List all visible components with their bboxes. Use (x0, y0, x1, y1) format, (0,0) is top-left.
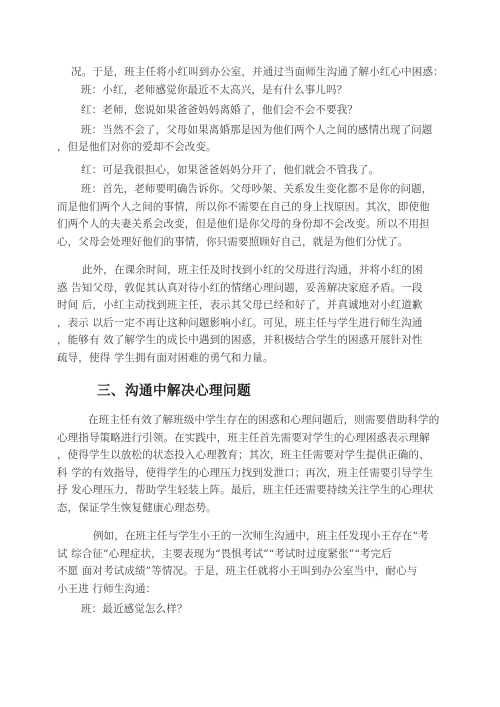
text-line: 心理指导策略进行引领。在实践中，班主任首先需要对学生的心理困惑表示理解 (57, 430, 435, 448)
text-line: ，表示 以后一定不再让这种问题影响小红。可见，班主任与学生进行师生沟通 (57, 315, 435, 333)
text-line: 此外，在课余时间，班主任及时找到小红的父母进行沟通，并将小红的困 (57, 262, 435, 280)
text-line: 班：小红，老师感觉你最近不太高兴，是有什么事儿吗？ (57, 82, 435, 100)
paragraph-continuation: 况。于是，班主任将小红叫到办公室，并通过当面师生沟通了解小红心中困惑： (57, 64, 435, 82)
text-line: ，能够有 效了解学生的成长中遇到的困惑，并积极结合学生的困惑开展针对性 (57, 332, 435, 350)
text-line: 红：可是我很担心，如果爸爸妈妈分开了，他们就会不管我了。 (57, 162, 435, 180)
paragraph-summary: 此外，在课余时间，班主任及时找到小红的父母进行沟通，并将小红的困惑 告知父母，敦… (57, 262, 435, 367)
text-line: 况。于是，班主任将小红叫到办公室，并通过当面师生沟通了解小红心中困惑： (57, 64, 435, 82)
heading-text: 三、沟通中解决心理问题 (57, 384, 435, 399)
text-line: 班：首先，老师要明确告诉你。父母吵架、关系发生变化都不是你的问题， (57, 181, 435, 199)
text-line: 时间 后，小红主动找到班主任，表示其父母已经和好了，并真诚地对小红道歉 (57, 297, 435, 315)
text-line: 红：老师，您说如果爸爸妈妈离婚了，他们会不会不要我？ (57, 102, 435, 120)
text-line: 惑 告知父母，敦促其认真对待小红的情绪心理问题，妥善解决家庭矛盾。一段 (57, 280, 435, 298)
text-line: 班：最近感觉怎么样？ (57, 601, 435, 619)
text-line: ，使得学生以放松的状态投入心理教育；其次，班主任需要对学生提供正确的、 (57, 447, 435, 465)
text-line: 科 学的有效指导，使得学生的心理压力找到发泄口；再次，班主任需要引导学生 (57, 465, 435, 483)
dialogue-line-student: 红：可是我很担心，如果爸爸妈妈分开了，他们就会不管我了。 (57, 162, 435, 180)
text-line: 心，父母会处理好他们的事情，你只需要照顾好自己，就是为他们分忧了。 (57, 234, 435, 252)
text-line: 态，保证学生恢复健康心理态势。 (57, 500, 435, 518)
text-line: 在班主任有效了解班级中学生存在的困惑和心理问题后，则需要借助科学的 (57, 412, 435, 430)
dialogue-line-teacher: 班：首先，老师要明确告诉你。父母吵架、关系发生变化都不是你的问题，而是他们两个人… (57, 181, 435, 251)
document-content: 况。于是，班主任将小红叫到办公室，并通过当面师生沟通了解小红心中困惑：班：小红，… (57, 64, 435, 619)
text-line: 例如，在班主任与学生小王的一次师生沟通中，班主任发现小王存在“考 (57, 528, 435, 546)
text-line: 试 综合征”心理症状，主要表现为“畏惧考试”“考试时过度紧张”“考完后 (57, 546, 435, 564)
text-line: 不愿 面对考试成绩”等情况。于是，班主任就将小王叫到办公室当中，耐心与 (57, 563, 435, 581)
text-line: 们两个人的夫妻关系会改变，但是他们是你父母的身份却不会改变。所以不用担 (57, 216, 435, 234)
text-line: 而是他们两个人之间的事情，所以你不需要在自己的身上找原因。其次，即使他 (57, 199, 435, 217)
section-heading: 三、沟通中解决心理问题 (57, 384, 435, 399)
dialogue-line-teacher: 班：当然不会了，父母如果离婚那是因为他们两个人之间的感情出现了问题，但是他们对你… (57, 122, 435, 157)
text-line: 班：当然不会了，父母如果离婚那是因为他们两个人之间的感情出现了问题 (57, 122, 435, 140)
dialogue-line-teacher: 班：最近感觉怎么样？ (57, 601, 435, 619)
text-line: 疏导，使得 学生拥有面对困难的勇气和力量。 (57, 350, 435, 368)
text-line: ，但是他们对你的爱却不会改变。 (57, 139, 435, 157)
dialogue-line-student: 红：老师，您说如果爸爸妈妈离婚了，他们会不会不要我？ (57, 102, 435, 120)
paragraph-section-intro: 在班主任有效了解班级中学生存在的困惑和心理问题后，则需要借助科学的心理指导策略进… (57, 412, 435, 517)
text-line: 抒 发心理压力，帮助学生轻装上阵。最后，班主任还需要持续关注学生的心理状 (57, 482, 435, 500)
dialogue-line-teacher: 班：小红，老师感觉你最近不太高兴，是有什么事儿吗？ (57, 82, 435, 100)
text-line: 小王进 行师生沟通： (57, 581, 435, 599)
paragraph-example: 例如，在班主任与学生小王的一次师生沟通中，班主任发现小王存在“考试 综合征”心理… (57, 528, 435, 598)
document-page: 况。于是，班主任将小红叫到办公室，并通过当面师生沟通了解小红心中困惑：班：小红，… (0, 0, 500, 707)
